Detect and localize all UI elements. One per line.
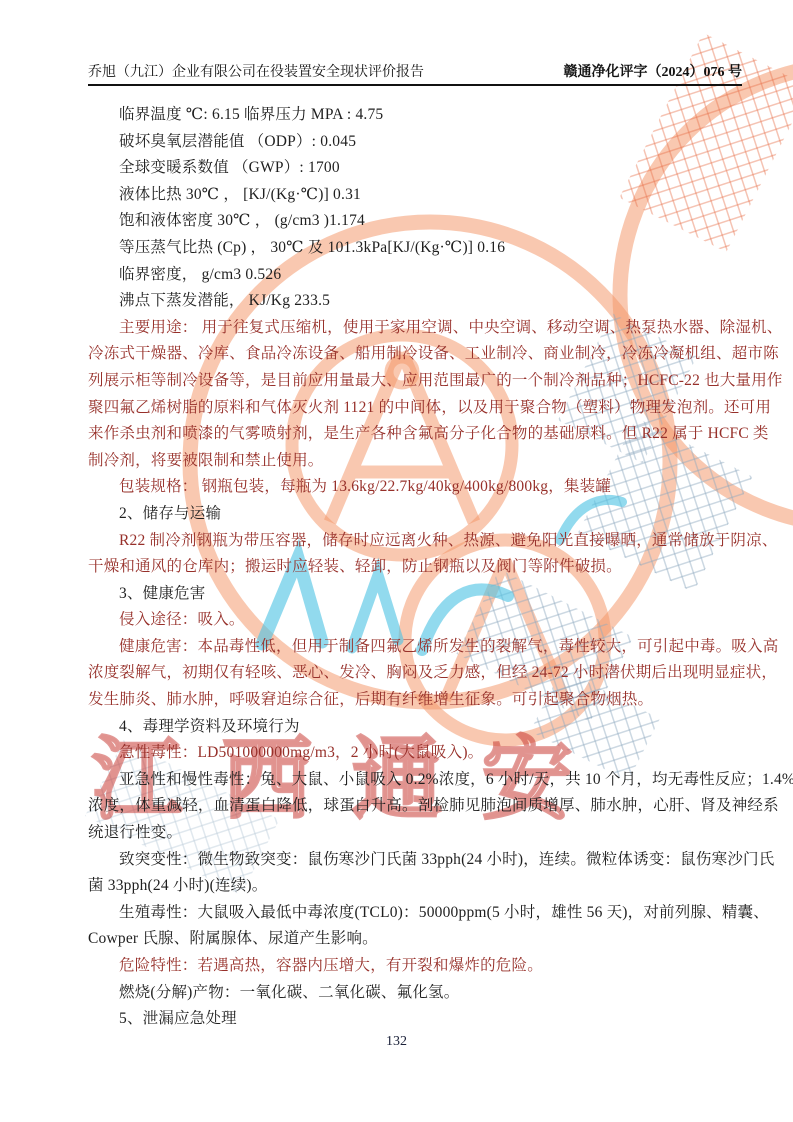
body-line: 生殖毒性：大鼠吸入最低中毒浓度(TCL0)：50000ppm(5 小时，雄性 5…: [88, 900, 744, 927]
body-line: 聚四氟乙烯树脂的原料和气体灭火剂 1121 的中间体，以及用于聚合物（塑料）物理…: [88, 395, 744, 422]
body-line: 急性毒性：LD501000000mg/m3，2 小时(大鼠吸入)。: [88, 740, 744, 767]
body-line: 致突变性：微生物致突变：鼠伤寒沙门氏菌 33pph(24 小时)，连续。微粒体诱…: [88, 847, 744, 874]
body-line: 健康危害：本品毒性低，但用于制备四氟乙烯所发生的裂解气，毒性较大，可引起中毒。吸…: [88, 634, 744, 661]
body-line: 制冷剂，将要被限制和禁止使用。: [88, 448, 744, 475]
body-line: 等压蒸气比热 (Cp) ， 30℃ 及 101.3kPa[KJ/(Kg·℃)] …: [88, 235, 744, 262]
body-line: 2、储存与运输: [88, 501, 744, 528]
body-line: 3、健康危害: [88, 581, 744, 608]
body-line: 危险特性：若遇高热，容器内压增大，有开裂和爆炸的危险。: [88, 953, 744, 980]
body-line: 包装规格： 钢瓶包装，每瓶为 13.6kg/22.7kg/40kg/400kg/…: [88, 474, 744, 501]
body-line: 沸点下蒸发潜能， KJ/Kg 233.5: [88, 288, 744, 315]
document-body: 临界温度 ℃: 6.15 临界压力 MPA : 4.75破坏臭氧层潜能值 （OD…: [88, 102, 744, 1033]
body-line: 亚急性和慢性毒性：兔、大鼠、小鼠吸入 0.2%浓度，6 小时/天，共 10 个月…: [88, 767, 744, 794]
body-line: 干燥和通风的仓库内；搬运时应轻装、轻卸，防止钢瓶以及阀门等附件破损。: [88, 554, 744, 581]
body-line: 液体比热 30℃ ， [KJ/(Kg·℃)] 0.31: [88, 182, 744, 209]
body-line: 菌 33pph(24 小时)(连续)。: [88, 873, 744, 900]
body-line: 饱和液体密度 30℃ ， (g/cm3 )1.174: [88, 208, 744, 235]
body-line: 4、毒理学资料及环境行为: [88, 714, 744, 741]
body-line: 来作杀虫剂和喷漆的气雾喷射剂，是生产各种含氟高分子化合物的基础原料。但 R22 …: [88, 421, 744, 448]
header-doc-number: 赣通净化评字（2024）076 号: [564, 61, 743, 81]
body-line: 全球变暖系数值 （GWP）: 1700: [88, 155, 744, 182]
body-line: 侵入途径：吸入。: [88, 607, 744, 634]
body-line: 主要用途： 用于往复式压缩机，使用于家用空调、中央空调、移动空调、热泵热水器、除…: [88, 315, 744, 342]
body-line: 统退行性变。: [88, 820, 744, 847]
body-line: 浓度裂解气，初期仅有轻咳、恶心、发冷、胸闷及乏力感，但经 24-72 小时潜伏期…: [88, 660, 744, 687]
body-line: 发生肺炎、肺水肿，呼吸窘迫综合征，后期有纤维增生征象。可引起聚合物烟热。: [88, 687, 744, 714]
body-line: 燃烧(分解)产物：一氧化碳、二氧化碳、氟化氢。: [88, 980, 744, 1007]
body-line: 列展示柜等制冷设备等，是目前应用量最大、应用范围最广的一个制冷剂品种；HCFC-…: [88, 368, 744, 395]
body-line: Cowper 氏腺、附属腺体、尿道产生影响。: [88, 926, 744, 953]
body-line: 破坏臭氧层潜能值 （ODP）: 0.045: [88, 129, 744, 156]
page-header: 乔旭（九江）企业有限公司在役装置安全现状评价报告 赣通净化评字（2024）076…: [88, 58, 742, 86]
page-number: 132: [0, 1034, 793, 1050]
body-line: 浓度，体重减轻，血清蛋白降低，球蛋白升高。剖检肺见肺泡间质增厚、肺水肿，心肝、肾…: [88, 793, 744, 820]
body-line: 5、泄漏应急处理: [88, 1006, 744, 1033]
document-page: 江西通安 乔旭（九江）企业有限公司在役装置安全现状评价报告 赣通净化评字（202…: [0, 0, 793, 1122]
body-line: 临界密度， g/cm3 0.526: [88, 262, 744, 289]
body-line: R22 制冷剂钢瓶为带压容器，储存时应远离火种、热源、避免阳光直接曝晒，通常储放…: [88, 528, 744, 555]
body-line: 冷冻式干燥器、冷库、食品冷冻设备、船用制冷设备、工业制冷、商业制冷，冷冻冷凝机组…: [88, 341, 744, 368]
body-line: 临界温度 ℃: 6.15 临界压力 MPA : 4.75: [88, 102, 744, 129]
header-report-title: 乔旭（九江）企业有限公司在役装置安全现状评价报告: [88, 61, 424, 81]
